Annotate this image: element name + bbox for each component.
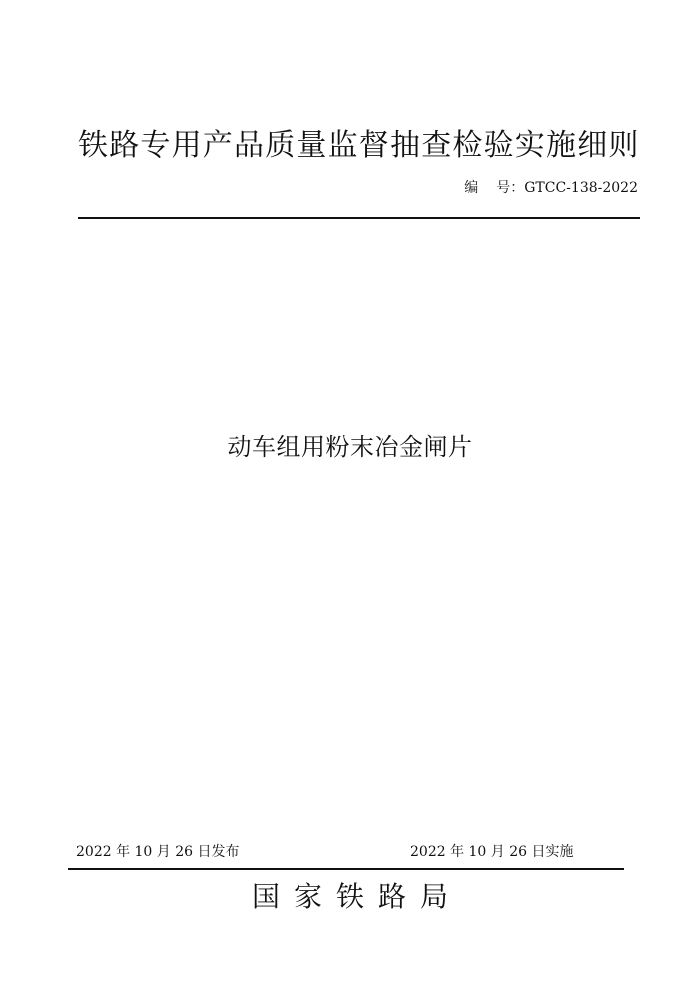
effective-date: 2022 年 10 月 26 日实施 xyxy=(410,842,574,862)
document-title: 铁路专用产品质量监督抽查检验实施细则 xyxy=(78,126,638,166)
top-divider xyxy=(78,217,640,219)
document-number-value: GTCC-138-2022 xyxy=(524,180,638,196)
document-subject: 动车组用粉末冶金闸片 xyxy=(0,430,700,464)
document-number: 编号：GTCC-138-2022 xyxy=(464,178,638,198)
issuing-authority: 国家铁路局 xyxy=(0,878,700,916)
bottom-divider xyxy=(68,868,624,870)
document-number-label-part2: 号： xyxy=(496,180,524,196)
issue-date: 2022 年 10 月 26 日发布 xyxy=(76,842,240,862)
document-number-label-part1: 编 xyxy=(464,180,478,196)
